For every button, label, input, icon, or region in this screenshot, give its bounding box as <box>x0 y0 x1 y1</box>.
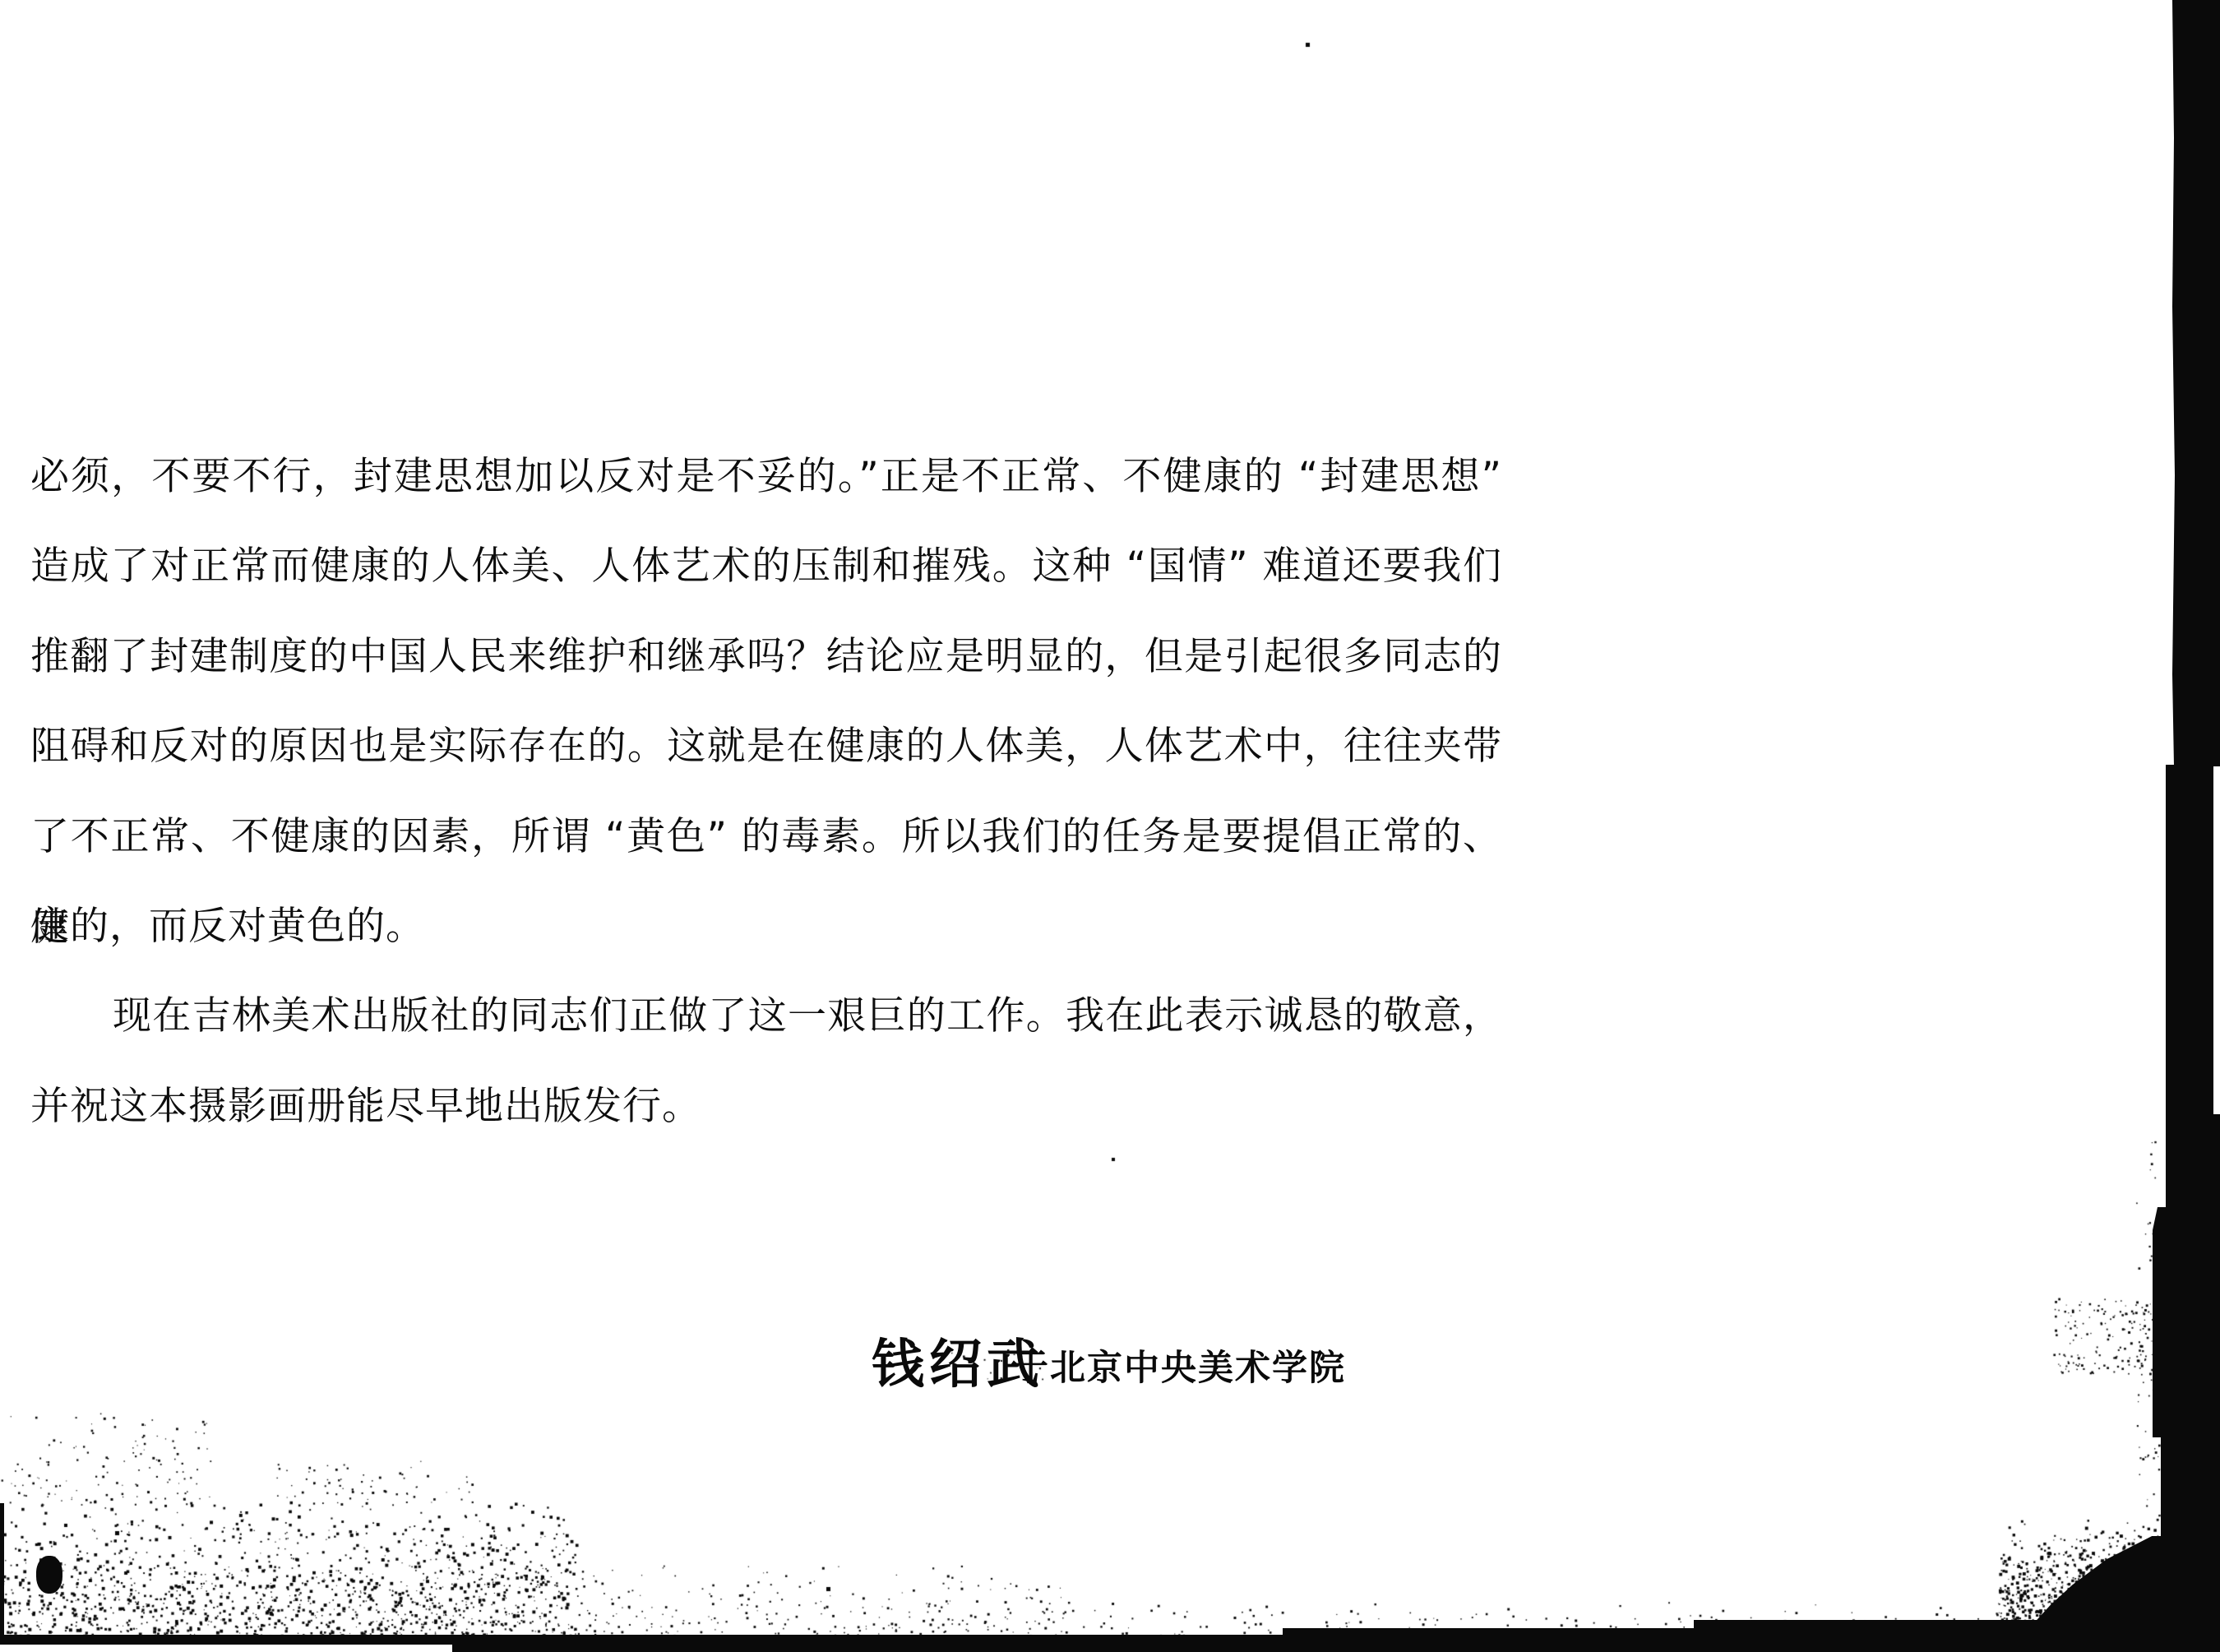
right-edge-scan-bar <box>2153 1207 2220 1437</box>
body-text-block: 必须，不要不行，封建思想加以反对是不妥的。”正是不正常、不健康的 “封建思想” … <box>30 0 1502 1652</box>
bottom-left-ink-blob <box>36 1556 62 1594</box>
right-edge-scan-bar <box>2172 0 2220 766</box>
right-edge-scan-bar <box>2161 1435 2220 1550</box>
body-line: 现在吉林美术出版社的同志们正做了这一艰巨的工作。我在此表示诚恳的敬意， <box>30 971 1502 1062</box>
right-edge-scan-bar <box>2166 765 2213 1116</box>
body-line: 并祝这本摄影画册能尽早地出版发行。 <box>30 1062 1502 1152</box>
body-line: 推翻了封建制度的中国人民来维护和继承吗？结论应是明显的，但是引起很多同志的 <box>30 612 1502 702</box>
right-edge-scan-bar <box>2166 1114 2220 1210</box>
body-line: 造成了对正常而健康的人体美、人体艺术的压制和摧残。这种 “国情” 难道还要我们 <box>30 521 1502 612</box>
body-line: 必须，不要不行，封建思想加以反对是不妥的。”正是不正常、不健康的 “封建思想” <box>30 432 1502 522</box>
scanned-page: 必须，不要不行，封建思想加以反对是不妥的。”正是不正常、不健康的 “封建思想” … <box>0 0 2220 1652</box>
body-line: 阻碍和反对的原因也是实际存在的。这就是在健康的人体美，人体艺术中，往往夹带 <box>30 701 1502 792</box>
body-line: 了不正常、不健康的因素，所谓 “黄色” 的毒素。所以我们的任务是要提倡正常的、健 <box>30 792 1502 882</box>
left-edge-scan-mark <box>0 1503 4 1635</box>
bottom-scan-strip <box>1694 1620 2220 1652</box>
body-line: 康的，而反对黄色的。 <box>30 882 1502 972</box>
signature-affiliation: 于北京中央美术学院 <box>1013 1340 1346 1391</box>
